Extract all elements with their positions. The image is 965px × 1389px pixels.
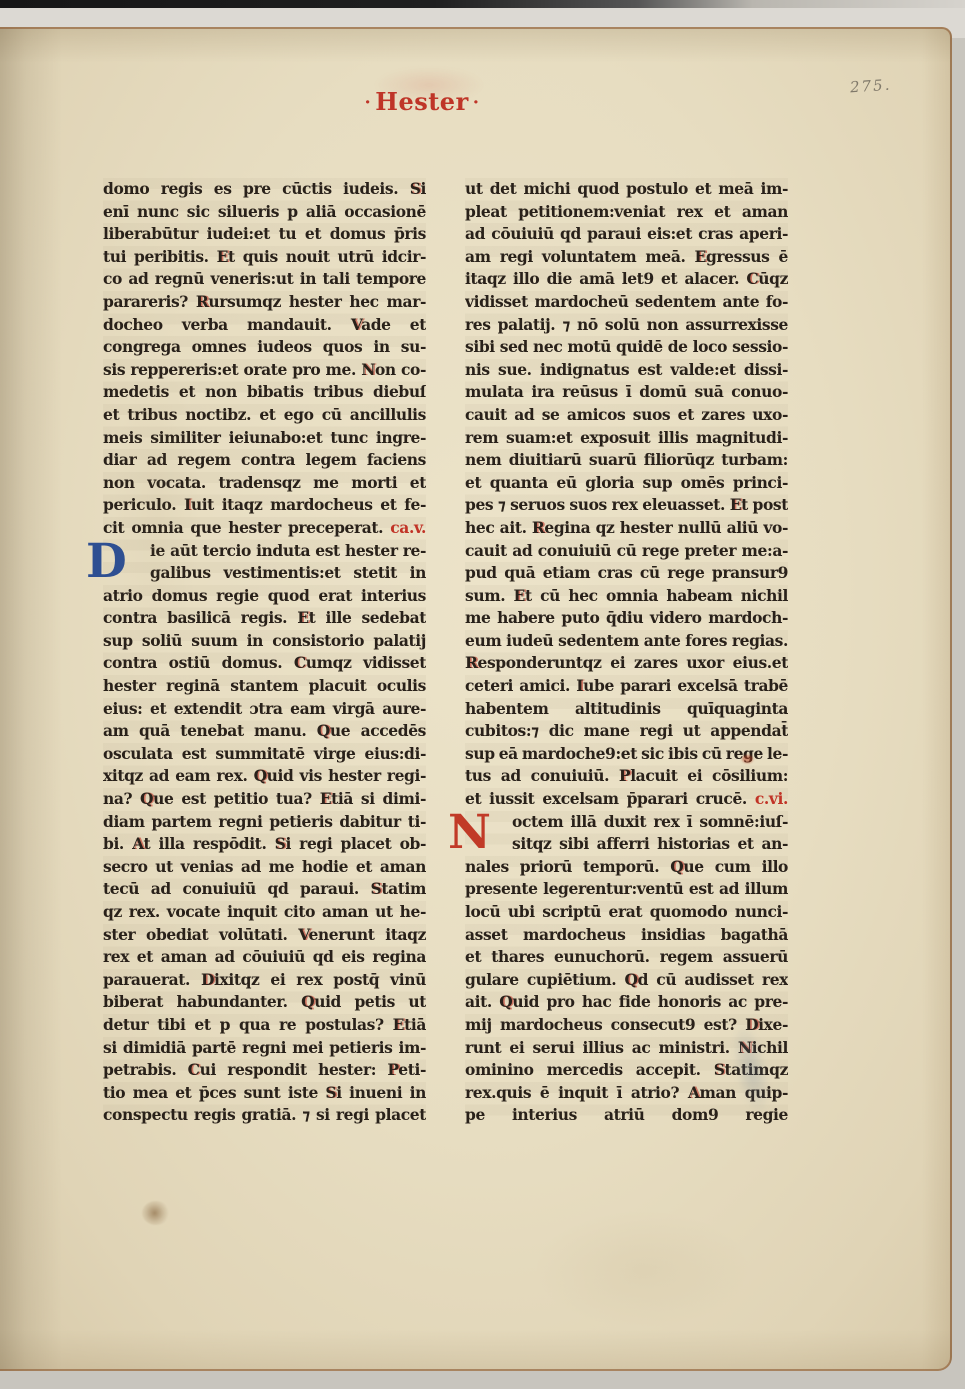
text-segment: presente legerentur:ventū est ad illum (465, 879, 788, 898)
text-line: biberat habundanter. Quid petis ut (103, 991, 426, 1014)
rubricated-capital: P (387, 1060, 398, 1079)
text-segment: eius: et extendit ɔtra eam virgā aure- (103, 699, 426, 718)
text-segment: parauerat. (103, 970, 201, 989)
text-segment: enī nunc sic silueris p aliā occasionē (103, 202, 426, 221)
text-line: vidisset mardocheū sedentem ante fo- (465, 291, 788, 314)
text-line: co ad regnū veneris:ut in tali tempore (103, 268, 426, 291)
text-line: rem suam:et exposuit illis magnitudi- (465, 427, 788, 450)
rubricated-capital: Q (625, 970, 638, 989)
text-segment: ue accedēs (330, 721, 426, 740)
text-segment: t ille sedebat (309, 608, 426, 627)
text-line: octem illā duxit rex ī somnē:iuſ- (512, 811, 788, 834)
text-segment: t post (741, 495, 788, 514)
text-segment: qz rex. vocate inquit cito aman ut he- (103, 902, 426, 921)
text-segment: itaqz illo die amā let9 et alacer. (465, 269, 746, 288)
text-segment: umqz vidisset (306, 653, 426, 672)
text-line: res palatij. ⁊ nō solū non assurrexisse (465, 314, 788, 337)
text-segment: gulare cupiētium. (465, 970, 625, 989)
rubricated-capital: P (619, 766, 630, 785)
text-line: pleat petitionem:veniat rex et aman (465, 201, 788, 224)
text-line: secro ut venias ad me hodie et aman (103, 856, 426, 879)
text-segment: secro ut venias ad me hodie et aman (103, 857, 426, 876)
text-segment: cauit ad conuiuiū cū rege preter me:a- (465, 541, 788, 560)
text-line: hec ait. Regina qz hester nullū aliū vo- (465, 517, 788, 540)
text-segment: esponderuntqz ei zares uxor eius.et (477, 653, 788, 672)
text-segment: nales priorū temporū. (465, 857, 670, 876)
text-segment: i inueni in (336, 1083, 426, 1102)
text-line: parauerat. Dixitqz ei rex postq̄ vinū (103, 969, 426, 992)
text-segment: hester reginā stantem placuit oculis (103, 676, 426, 695)
text-line: na? Que est petitio tua? Etiā si dimi- (103, 788, 426, 811)
rubricated-capital: E (393, 1015, 404, 1034)
folio-number: 275. (849, 76, 892, 97)
text-segment: octem illā duxit rex ī somnē:iuſ- (512, 812, 788, 831)
text-column-right: ut det michi quod postulo et meā im-plea… (465, 178, 788, 1127)
rubricated-capital: V (351, 315, 361, 334)
chapter-marker: c.vi. (755, 789, 788, 808)
parchment-mottling (532, 1209, 752, 1329)
text-line: am quā tenebat manu. Que accedēs (103, 720, 426, 743)
text-line: eum iudeū sedentem ante fores regias. (465, 630, 788, 653)
rubricated-capital: Q (140, 789, 153, 808)
text-segment: t illa respōdit. (144, 834, 275, 853)
text-line: sup eā mardoche9:et sic ibis cū rege le- (465, 743, 788, 766)
text-segment: parareris? (103, 292, 196, 311)
text-segment: enerunt itaqz (308, 925, 426, 944)
text-segment: rex.quis ē inquit ī atrio? (465, 1083, 688, 1102)
text-line: parareris? Rursumqz hester hec mar- (103, 291, 426, 314)
text-line: ster obediat volūtati. Venerunt itaqz (103, 924, 426, 947)
text-line: pud quā etiam cras cū rege pransur9 (465, 562, 788, 585)
text-line: nales priorū temporū. Que cum illo (465, 856, 788, 879)
text-line: pes ⁊ seruos suos rex eleuasset. Et post (465, 494, 788, 517)
rubricated-capital: E (514, 586, 525, 605)
text-segment: congrega omnes iudeos quos in su- (103, 337, 426, 356)
parchment-page: ·Hester· 275. domo regis es pre cūctis i… (0, 27, 952, 1371)
text-segment: tio mea et p̄ces sunt iste (103, 1083, 325, 1102)
text-segment: locū ubi scriptū erat quomodo nunci- (465, 902, 788, 921)
text-segment: habentem altitudinis quīquaginta (465, 699, 788, 718)
parchment-stain (142, 1201, 170, 1225)
text-segment: rem suam:et exposuit illis magnitudi- (465, 428, 788, 447)
text-segment: ad cōuiuiū qd paraui eis:et cras aperi- (465, 224, 788, 243)
text-line: me habere puto q̄diu videro mardoch- (465, 607, 788, 630)
text-segment: mij mardocheus consecut9 est? (465, 1015, 745, 1034)
text-line: si dimidiā partē regni mei petieris im- (103, 1037, 426, 1060)
text-segment: biberat habundanter. (103, 992, 301, 1011)
text-block: ut det michi quod postulo et meā im-plea… (465, 178, 788, 811)
rubricated-capital: Q (254, 766, 267, 785)
text-segment: ominino mercedis accepit. (465, 1060, 714, 1079)
text-segment: tiā (404, 1015, 426, 1034)
rubricated-capital: S (325, 1083, 336, 1102)
text-segment: ūqz (758, 269, 788, 288)
text-segment: me habere puto q̄diu videro mardoch- (465, 608, 788, 627)
rubricated-capital: C (188, 1060, 200, 1079)
text-line: osculata est summitatē virge eius:di- (103, 743, 426, 766)
rubricated-capital: Q (301, 992, 314, 1011)
text-line: mulata ira reūsus ī domū suā conuo- (465, 381, 788, 404)
text-line: cauit ad conuiuiū cū rege preter me:a- (465, 540, 788, 563)
text-segment: tus ad conuiuiū. (465, 766, 619, 785)
text-line: Responderuntqz ei zares uxor eius.et (465, 652, 788, 675)
text-line: eius: et extendit ɔtra eam virgā aure- (103, 698, 426, 721)
text-segment: mulata ira reūsus ī domū suā conuo- (465, 382, 788, 401)
text-segment: si dimidiā partē regni mei petieris im- (103, 1038, 426, 1057)
text-line: diam partem regni petieris dabitur ti- (103, 811, 426, 834)
running-title: ·Hester· (332, 87, 512, 116)
text-line: bi. At illa respōdit. Si regi placet ob- (103, 833, 426, 856)
rubricated-capital: S (275, 834, 286, 853)
text-segment: co ad regnū veneris:ut in tali tempore (103, 269, 426, 288)
text-line: tecū ad conuiuiū qd paraui. Statim (103, 878, 426, 901)
text-line: tui peribitis. Et quis nouit utrū idcir- (103, 246, 426, 269)
chapter-marker: ca.v. (390, 518, 426, 537)
rubricated-capital: V (298, 925, 308, 944)
text-line: presente legerentur:ventū est ad illum (465, 878, 788, 901)
chapter-initial-n: N (448, 811, 508, 855)
text-segment: diam partem regni petieris dabitur ti- (103, 812, 426, 831)
text-segment: petrabis. (103, 1060, 188, 1079)
text-line: petrabis. Cui respondit hester: Peti- (103, 1059, 426, 1082)
text-segment: egina qz hester nullū aliū vo- (544, 518, 788, 537)
text-segment: pud quā etiam cras cū rege pransur9 (465, 563, 788, 582)
text-line: detur tibi et p qua re postulas? Etiā (103, 1014, 426, 1037)
text-line: conspectu regis gratiā. ⁊ si regi placet (103, 1104, 426, 1127)
rubricated-capital: C (294, 653, 306, 672)
text-segment: et thares eunuchorū. regem assuerū iu- (465, 947, 788, 969)
text-line: asset mardocheus insidias bagathā (465, 924, 788, 947)
text-segment: docheo verba mandauit. (103, 315, 351, 334)
text-line: docheo verba mandauit. Vade et (103, 314, 426, 337)
text-line: cubitos:⁊ dic mane regi ut appendat̄ (465, 720, 788, 743)
text-segment: tatim (381, 879, 426, 898)
text-line: cauit ad se amicos suos et zares uxo- (465, 404, 788, 427)
text-line: nis sue. indignatus est valde:et dissi- (465, 359, 788, 382)
text-segment: uid petis ut (314, 992, 426, 1011)
text-segment: liberabūtur iudei:et tu et domus p̄ris (103, 224, 426, 243)
text-segment: sibi sed nec motū quidē de loco sessio- (465, 337, 788, 356)
text-segment: ceteri amici. (465, 676, 576, 695)
text-segment: tecū ad conuiuiū qd paraui. (103, 879, 371, 898)
text-segment: ade et (361, 315, 426, 334)
text-line: gulare cupiētium. Qd cū audisset rex (465, 969, 788, 992)
rubricated-capital: Q (499, 992, 512, 1011)
text-line: congrega omnes iudeos quos in su- (103, 336, 426, 359)
text-segment: ursumqz hester hec mar- (208, 292, 426, 311)
text-line: itaqz illo die amā let9 et alacer. Cūqz (465, 268, 788, 291)
text-segment: xitqz ad eam rex. (103, 766, 254, 785)
text-line: et iussit excelsam p̄parari crucē. c.vi. (465, 788, 788, 811)
text-segment: pes ⁊ seruos suos rex eleuasset. (465, 495, 730, 514)
text-segment: conspectu regis gratiā. ⁊ si regi placet (103, 1105, 426, 1124)
text-segment: nis sue. indignatus est valde:et dissi- (465, 360, 788, 379)
text-line: sibi sed nec motū quidē de loco sessio- (465, 336, 788, 359)
title-ornament-dot: · (469, 92, 484, 113)
rubricated-capital: N (361, 360, 375, 379)
text-line: liberabūtur iudei:et tu et domus p̄ris (103, 223, 426, 246)
rubricated-capital: R (465, 653, 477, 672)
text-line: tus ad conuiuiū. Placuit ei cōsilium: (465, 765, 788, 788)
text-segment: i regi placet ob- (285, 834, 426, 853)
text-line: rex et aman ad cōuiuiū qd eis regina (103, 946, 426, 969)
text-line: habentem altitudinis quīquaginta (465, 698, 788, 721)
text-segment: pe interius atriū dom9 regie intrauerat. (465, 1105, 788, 1127)
text-segment: asset mardocheus insidias bagathā (465, 925, 788, 944)
text-segment: ixitqz ei rex postq̄ vinū (214, 970, 426, 989)
text-segment: cubitos:⁊ dic mane regi ut appendat̄ (465, 721, 788, 740)
text-segment: domo regis es pre cūctis iudeis. (103, 179, 410, 198)
text-segment: i (421, 179, 427, 198)
rubricated-capital: R (196, 292, 208, 311)
rubricated-capital: C (746, 269, 758, 288)
text-line: sum. Et cū hec omnia habeam nichil (465, 585, 788, 608)
text-segment: tui peribitis. (103, 247, 217, 266)
text-line: et thares eunuchorū. regem assuerū iu- (465, 946, 788, 969)
text-segment: t cū hec omnia habeam nichil (525, 586, 788, 605)
text-segment: ait. (465, 992, 499, 1011)
text-line: am regi voluntatem meā. Egressus ē (465, 246, 788, 269)
text-segment: ixe- (758, 1015, 788, 1034)
text-segment: nem diuitiarū suarū filiorūqz turbam: (465, 450, 788, 469)
text-line: ceteri amici. Iube parari excelsā trabē (465, 675, 788, 698)
rubricated-capital: E (297, 608, 308, 627)
text-line: domo regis es pre cūctis iudeis. Si (103, 178, 426, 201)
text-segment: sum. (465, 586, 514, 605)
rubricated-capital: A (688, 1083, 700, 1102)
text-line: et quanta eū gloria sup omēs princi- (465, 472, 788, 495)
text-segment: ster obediat volūtati. (103, 925, 298, 944)
rubricated-capital: E (730, 495, 741, 514)
text-line: ait. Quid pro hac fide honoris ac pre- (465, 991, 788, 1014)
text-segment: bi. (103, 834, 132, 853)
text-segment: detur tibi et p qua re postulas? (103, 1015, 393, 1034)
text-line: locū ubi scriptū erat quomodo nunci- (465, 901, 788, 924)
text-segment: et iussit excelsam p̄parari crucē. (465, 789, 755, 808)
rubricated-capital: E (695, 247, 706, 266)
text-segment: cauit ad se amicos suos et zares uxo- (465, 405, 788, 424)
rubricated-capital: S (410, 179, 421, 198)
red-fleck (742, 755, 753, 763)
text-segment: osculata est summitatē virge eius:di- (103, 744, 426, 763)
parchment-mottling (112, 359, 202, 659)
text-segment: uit itaqz mardocheus et fe- (191, 495, 426, 514)
text-segment: ut det michi quod postulo et meā im- (465, 179, 788, 198)
text-segment: rex et aman ad cōuiuiū qd eis regina (103, 947, 426, 966)
rubricated-capital: R (532, 518, 544, 537)
text-segment: uid vis hester regi- (267, 766, 426, 785)
rubricated-capital: E (320, 789, 331, 808)
text-segment: ube parari excelsā trabē (583, 676, 788, 695)
text-segment: ue est petitio tua? (153, 789, 320, 808)
text-segment: gressus ē (706, 247, 788, 266)
text-segment: on co- (375, 360, 426, 379)
rubricated-capital: Q (670, 857, 683, 876)
manuscript-scan: ·Hester· 275. domo regis es pre cūctis i… (0, 0, 965, 1389)
text-segment: lacuit ei cōsilium: (630, 766, 788, 785)
text-line: pe interius atriū dom9 regie intrauerat. (465, 1104, 788, 1127)
text-segment: hec ait. (465, 518, 532, 537)
running-title-text: Hester (375, 87, 468, 116)
text-segment: et quanta eū gloria sup omēs princi- (465, 473, 788, 492)
text-line: ad cōuiuiū qd paraui eis:et cras aperi- (465, 223, 788, 246)
text-segment: d cū audisset rex (638, 970, 788, 989)
text-segment: am regi voluntatem meā. (465, 247, 695, 266)
text-line: qz rex. vocate inquit cito aman ut he- (103, 901, 426, 924)
text-segment: uid pro hac fide honoris ac pre- (512, 992, 788, 1011)
text-segment: eum iudeū sedentem ante fores regias. (465, 631, 788, 650)
text-line: xitqz ad eam rex. Quid vis hester regi- (103, 765, 426, 788)
rubricated-capital: Q (317, 721, 330, 740)
text-segment: ui respondit hester: (200, 1060, 388, 1079)
rubricated-capital: S (371, 879, 382, 898)
text-segment: res palatij. ⁊ nō solū non assurrexisse (465, 315, 788, 334)
rubricated-capital: D (201, 970, 214, 989)
text-line: sitqz sibi afferri historias et an- (512, 833, 788, 856)
rubricated-capital: S (714, 1060, 725, 1079)
text-segment: vidisset mardocheū sedentem ante fo- (465, 292, 788, 311)
text-segment: pleat petitionem:veniat rex et aman (465, 202, 788, 221)
rubricated-capital: E (217, 247, 228, 266)
text-segment: tiā si dimi- (331, 789, 426, 808)
text-segment: eti- (398, 1060, 426, 1079)
text-segment: t quis nouit utrū idcir- (228, 247, 426, 266)
title-ornament-dot: · (360, 92, 375, 113)
text-segment: am quā tenebat manu. (103, 721, 317, 740)
text-line: ut det michi quod postulo et meā im- (465, 178, 788, 201)
text-segment: ue cum illo (683, 857, 788, 876)
text-segment: sup eā mardoche9:et sic ibis cū rege le- (465, 744, 788, 763)
text-line: nem diuitiarū suarū filiorūqz turbam: (465, 449, 788, 472)
text-line: tio mea et p̄ces sunt iste Si inueni in (103, 1082, 426, 1105)
text-segment: sitqz sibi afferri historias et an- (512, 834, 788, 853)
text-line: hester reginā stantem placuit oculis (103, 675, 426, 698)
text-segment: runt ei serui illius ac ministri. (465, 1038, 738, 1057)
text-segment: na? (103, 789, 140, 808)
rubricated-capital: A (132, 834, 143, 853)
text-line: enī nunc sic silueris p aliā occasionē (103, 201, 426, 224)
